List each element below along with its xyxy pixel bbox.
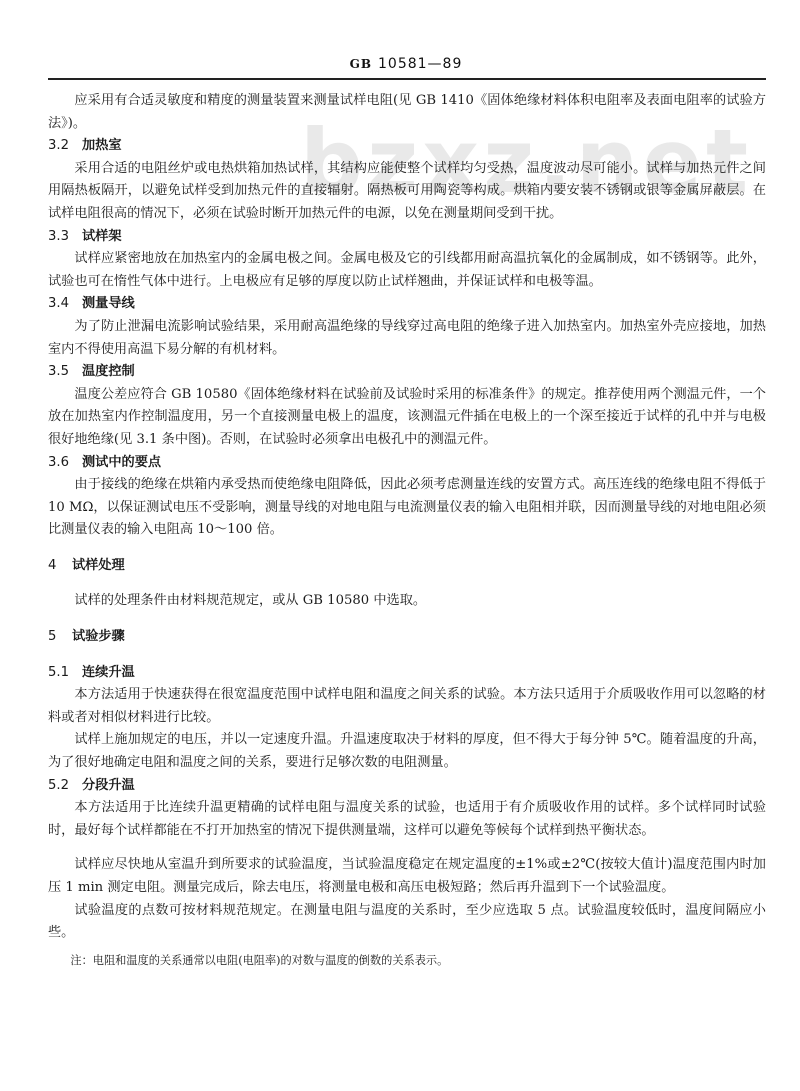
section-3-2-text: 采用合适的电阻丝炉或电热烘箱加热试样，其结构应能使整个试样均匀受热，温度波动尽可… xyxy=(48,158,766,226)
section-title: 试样处理 xyxy=(72,558,125,573)
section-number: 3.4 xyxy=(48,293,78,316)
section-3-6-text: 由于接线的绝缘在烘箱内承受热而使绝缘电阻降低，因此必须考虑测量连线的安置方式。高… xyxy=(48,474,766,542)
section-number: 5 xyxy=(48,626,64,649)
section-5-1-text-2: 试样上施加规定的电压，并以一定速度升温。升温速度取决于材料的厚度，但不得大于每分… xyxy=(48,729,766,774)
section-number: 3.3 xyxy=(48,226,78,249)
header-divider xyxy=(48,78,766,80)
standard-prefix: GB xyxy=(350,57,372,71)
section-3-4-heading: 3.4测量导线 xyxy=(48,293,766,316)
section-3-3-heading: 3.3试样架 xyxy=(48,226,766,249)
section-5-2-note: 注：电阻和温度的关系通常以电阻(电阻率)的对数与温度的倒数的关系表示。 xyxy=(48,951,766,971)
section-3-3-text: 试样应紧密地放在加热室内的金属电极之间。金属电极及它的引线都用耐高温抗氧化的金属… xyxy=(48,248,766,293)
section-3-4-text: 为了防止泄漏电流影响试验结果，采用耐高温绝缘的导线穿过高电阻的绝缘子进入加热室内… xyxy=(48,316,766,361)
section-title: 试样架 xyxy=(82,229,122,244)
document-body: 应采用有合适灵敏度和精度的测量装置来测量试样电阻(见 GB 1410《固体绝缘材… xyxy=(48,90,766,971)
page-header: GB10581—89 xyxy=(48,56,764,72)
document-page: GB10581—89 bzxz.net 应采用有合适灵敏度和精度的测量装置来测量… xyxy=(0,0,800,1091)
section-title: 试验步骤 xyxy=(72,629,125,644)
section-number: 3.6 xyxy=(48,452,78,475)
section-number: 5.1 xyxy=(48,662,78,685)
section-number: 3.5 xyxy=(48,361,78,384)
section-title: 测试中的要点 xyxy=(82,455,161,470)
section-5-2-text-3: 试验温度的点数可按材料规范规定。在测量电阻与温度的关系时，至少应选取 5 点。试… xyxy=(48,900,766,945)
section-title: 测量导线 xyxy=(82,296,135,311)
section-3-2-heading: 3.2加热室 xyxy=(48,135,766,158)
section-title: 加热室 xyxy=(82,138,122,153)
section-5-1-heading: 5.1连续升温 xyxy=(48,662,766,685)
section-5-2-text-2: 试样应尽快地从室温升到所要求的试验温度，当试验温度稳定在规定温度的±1%或±2℃… xyxy=(48,854,766,899)
section-3-5-text: 温度公差应符合 GB 10580《固体绝缘材料在试验前及试验时采用的标准条件》的… xyxy=(48,384,766,452)
section-5-heading: 5试验步骤 xyxy=(48,626,766,649)
section-title: 分段升温 xyxy=(82,778,135,793)
section-5-1-text-1: 本方法适用于快速获得在很宽温度范围中试样电阻和温度之间关系的试验。本方法只适用于… xyxy=(48,684,766,729)
section-3-5-heading: 3.5温度控制 xyxy=(48,361,766,384)
section-4-text: 试样的处理条件由材料规范规定，或从 GB 10580 中选取。 xyxy=(48,590,766,613)
section-title: 连续升温 xyxy=(82,665,135,680)
intro-paragraph: 应采用有合适灵敏度和精度的测量装置来测量试样电阻(见 GB 1410《固体绝缘材… xyxy=(48,90,766,135)
section-5-2-heading: 5.2分段升温 xyxy=(48,775,766,798)
standard-number: 10581—89 xyxy=(378,56,462,72)
section-number: 5.2 xyxy=(48,775,78,798)
section-number: 4 xyxy=(48,555,64,578)
section-4-heading: 4试样处理 xyxy=(48,555,766,578)
section-title: 温度控制 xyxy=(82,364,135,379)
section-3-6-heading: 3.6测试中的要点 xyxy=(48,452,766,475)
section-number: 3.2 xyxy=(48,135,78,158)
section-5-2-text-1: 本方法适用于比连续升温更精确的试样电阻与温度关系的试验，也适用于有介质吸收作用的… xyxy=(48,797,766,842)
